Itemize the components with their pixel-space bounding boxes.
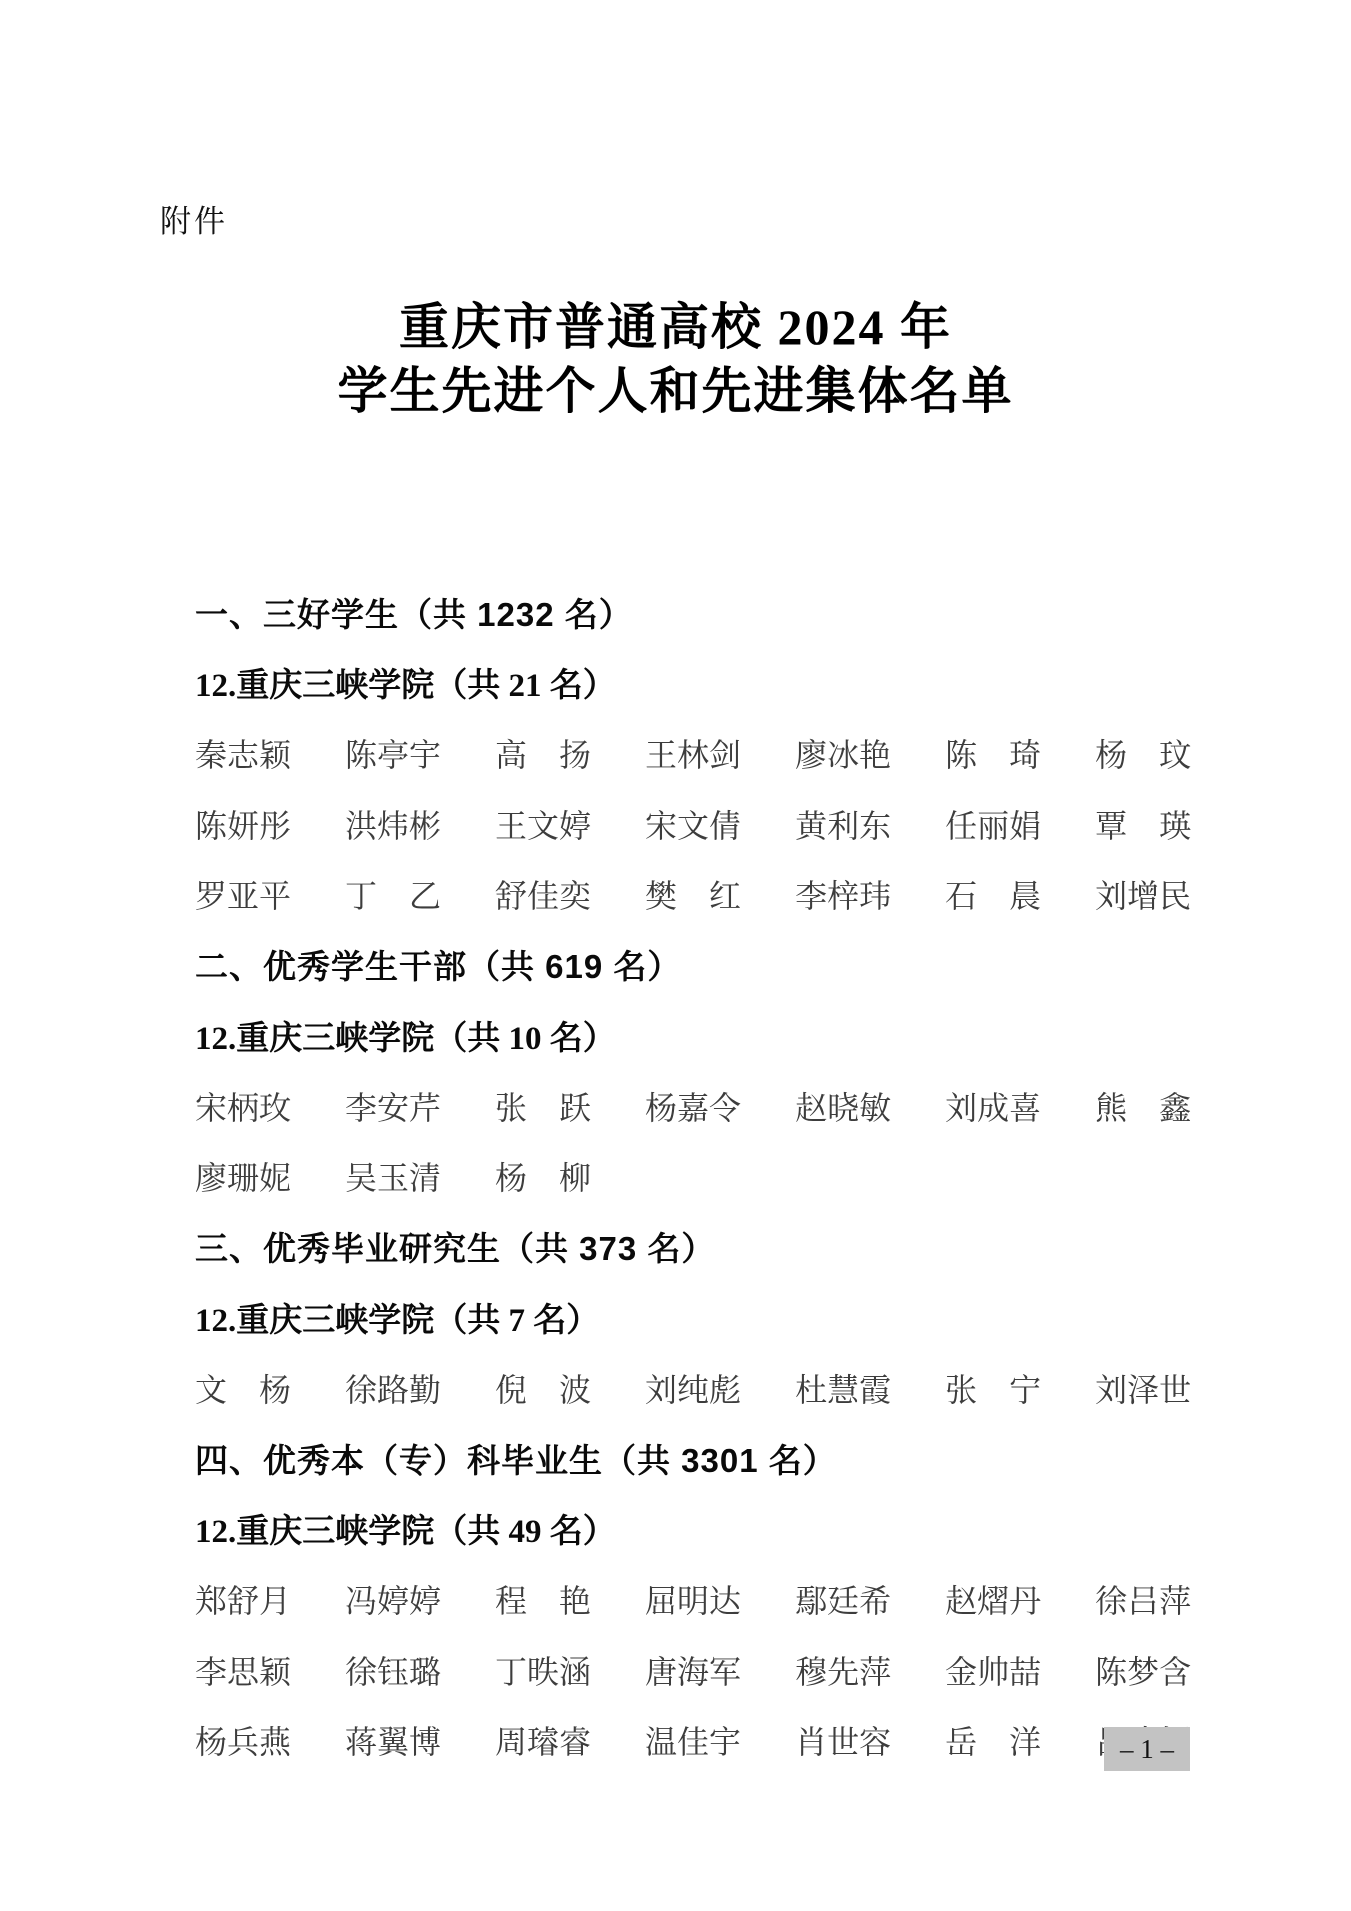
student-name: 任丽娟 — [945, 801, 1041, 847]
student-name: 王文婷 — [495, 801, 591, 847]
student-name: 丁昳涵 — [495, 1647, 591, 1693]
name-row: 秦志颖 陈亭宇 高 扬 王林剑 廖冰艳 陈 琦 杨 玟 — [195, 718, 1195, 789]
student-name: 岳 洋 — [945, 1717, 1041, 1763]
student-name: 穆先萍 — [795, 1647, 891, 1693]
student-name: 李梓玮 — [795, 871, 891, 917]
student-name: 宋柄玫 — [195, 1083, 291, 1129]
student-name: 程 艳 — [495, 1576, 591, 1622]
student-name: 杨 柳 — [495, 1153, 591, 1199]
student-name: 刘成喜 — [945, 1083, 1041, 1129]
student-name: 黄利东 — [795, 801, 891, 847]
student-name: 赵熠丹 — [945, 1576, 1041, 1622]
document-title-line-1: 重庆市普通高校 2024 年 — [0, 295, 1351, 359]
student-name: 文 杨 — [195, 1365, 291, 1411]
student-name: 宋文倩 — [645, 801, 741, 847]
student-name: 吴玉清 — [345, 1153, 441, 1199]
document-body: 一、三好学生（共 1232 名） 12.重庆三峡学院（共 21 名） 秦志颖 陈… — [195, 577, 1195, 1776]
student-name: 杜慧霞 — [795, 1365, 891, 1411]
name-row: 罗亚平 丁 乙 舒佳奕 樊 红 李梓玮 石 晨 刘增民 — [195, 859, 1195, 930]
attachment-label: 附件 — [160, 196, 228, 241]
student-name: 唐海军 — [645, 1647, 741, 1693]
name-row: 郑舒月 冯婷婷 程 艳 屈明达 鄢廷希 赵熠丹 徐吕萍 — [195, 1564, 1195, 1635]
student-name: 刘增民 — [1095, 871, 1191, 917]
student-name: 石 晨 — [945, 871, 1041, 917]
student-name: 刘泽世 — [1095, 1365, 1191, 1411]
student-name: 樊 红 — [645, 871, 741, 917]
student-name: 陈 琦 — [945, 730, 1041, 776]
student-name: 丁 乙 — [345, 871, 441, 917]
student-name: 蒋翼博 — [345, 1717, 441, 1763]
student-name: 覃 瑛 — [1095, 801, 1191, 847]
student-name: 金帅喆 — [945, 1647, 1041, 1693]
student-name: 陈妍彤 — [195, 801, 291, 847]
student-name: 冯婷婷 — [345, 1576, 441, 1622]
student-name: 廖冰艳 — [795, 730, 891, 776]
document-title: 重庆市普通高校 2024 年 学生先进个人和先进集体名单 — [0, 295, 1351, 423]
student-name: 杨兵燕 — [195, 1717, 291, 1763]
student-name: 刘纯彪 — [645, 1365, 741, 1411]
student-name: 郑舒月 — [195, 1576, 291, 1622]
document-page: 附件 重庆市普通高校 2024 年 学生先进个人和先进集体名单 一、三好学生（共… — [0, 0, 1351, 1911]
name-row: 廖珊妮 吴玉清 杨 柳 — [195, 1141, 1195, 1212]
section-subheading-school: 12.重庆三峡学院（共 21 名） — [195, 648, 1195, 719]
student-name: 高 扬 — [495, 730, 591, 776]
student-name: 周璿睿 — [495, 1717, 591, 1763]
student-name: 罗亚平 — [195, 871, 291, 917]
student-name: 赵晓敏 — [795, 1083, 891, 1129]
student-name: 廖珊妮 — [195, 1153, 291, 1199]
name-row: 陈妍彤 洪炜彬 王文婷 宋文倩 黄利东 任丽娟 覃 瑛 — [195, 789, 1195, 860]
student-name: 肖世容 — [795, 1717, 891, 1763]
student-name: 徐吕萍 — [1095, 1576, 1191, 1622]
name-row: 李思颖 徐钰璐 丁昳涵 唐海军 穆先萍 金帅喆 陈梦含 — [195, 1635, 1195, 1706]
section-subheading-school: 12.重庆三峡学院（共 10 名） — [195, 1000, 1195, 1071]
student-name: 徐钰璐 — [345, 1647, 441, 1693]
name-row: 文 杨 徐路勤 倪 波 刘纯彪 杜慧霞 张 宁 刘泽世 — [195, 1353, 1195, 1424]
student-name: 李安芹 — [345, 1083, 441, 1129]
name-row: 宋柄玫 李安芹 张 跃 杨嘉令 赵晓敏 刘成喜 熊 鑫 — [195, 1071, 1195, 1142]
student-name: 温佳宇 — [645, 1717, 741, 1763]
student-name: 陈梦含 — [1095, 1647, 1191, 1693]
section-heading-youxiu-biyesheng: 四、优秀本（专）科毕业生（共 3301 名） — [195, 1423, 1195, 1494]
student-name: 杨 玟 — [1095, 730, 1191, 776]
student-name: 屈明达 — [645, 1576, 741, 1622]
page-number-badge: – 1 – — [1104, 1727, 1190, 1771]
document-title-line-2: 学生先进个人和先进集体名单 — [0, 359, 1351, 423]
student-name: 张 宁 — [945, 1365, 1041, 1411]
student-name: 秦志颖 — [195, 730, 291, 776]
student-name: 徐路勤 — [345, 1365, 441, 1411]
student-name: 李思颖 — [195, 1647, 291, 1693]
student-name: 舒佳奕 — [495, 871, 591, 917]
section-heading-sanhao-xuesheng: 一、三好学生（共 1232 名） — [195, 577, 1195, 648]
student-name: 洪炜彬 — [345, 801, 441, 847]
section-heading-youxiu-yanjiusheng: 三、优秀毕业研究生（共 373 名） — [195, 1212, 1195, 1283]
name-row: 杨兵燕 蒋翼博 周璿睿 温佳宇 肖世容 岳 洋 吕晓妮 — [195, 1705, 1195, 1776]
section-subheading-school: 12.重庆三峡学院（共 49 名） — [195, 1494, 1195, 1565]
student-name: 杨嘉令 — [645, 1083, 741, 1129]
student-name: 鄢廷希 — [795, 1576, 891, 1622]
section-heading-youxiu-ganbu: 二、优秀学生干部（共 619 名） — [195, 930, 1195, 1001]
student-name: 倪 波 — [495, 1365, 591, 1411]
student-name: 熊 鑫 — [1095, 1083, 1191, 1129]
student-name: 王林剑 — [645, 730, 741, 776]
student-name: 张 跃 — [495, 1083, 591, 1129]
section-subheading-school: 12.重庆三峡学院（共 7 名） — [195, 1282, 1195, 1353]
student-name: 陈亭宇 — [345, 730, 441, 776]
